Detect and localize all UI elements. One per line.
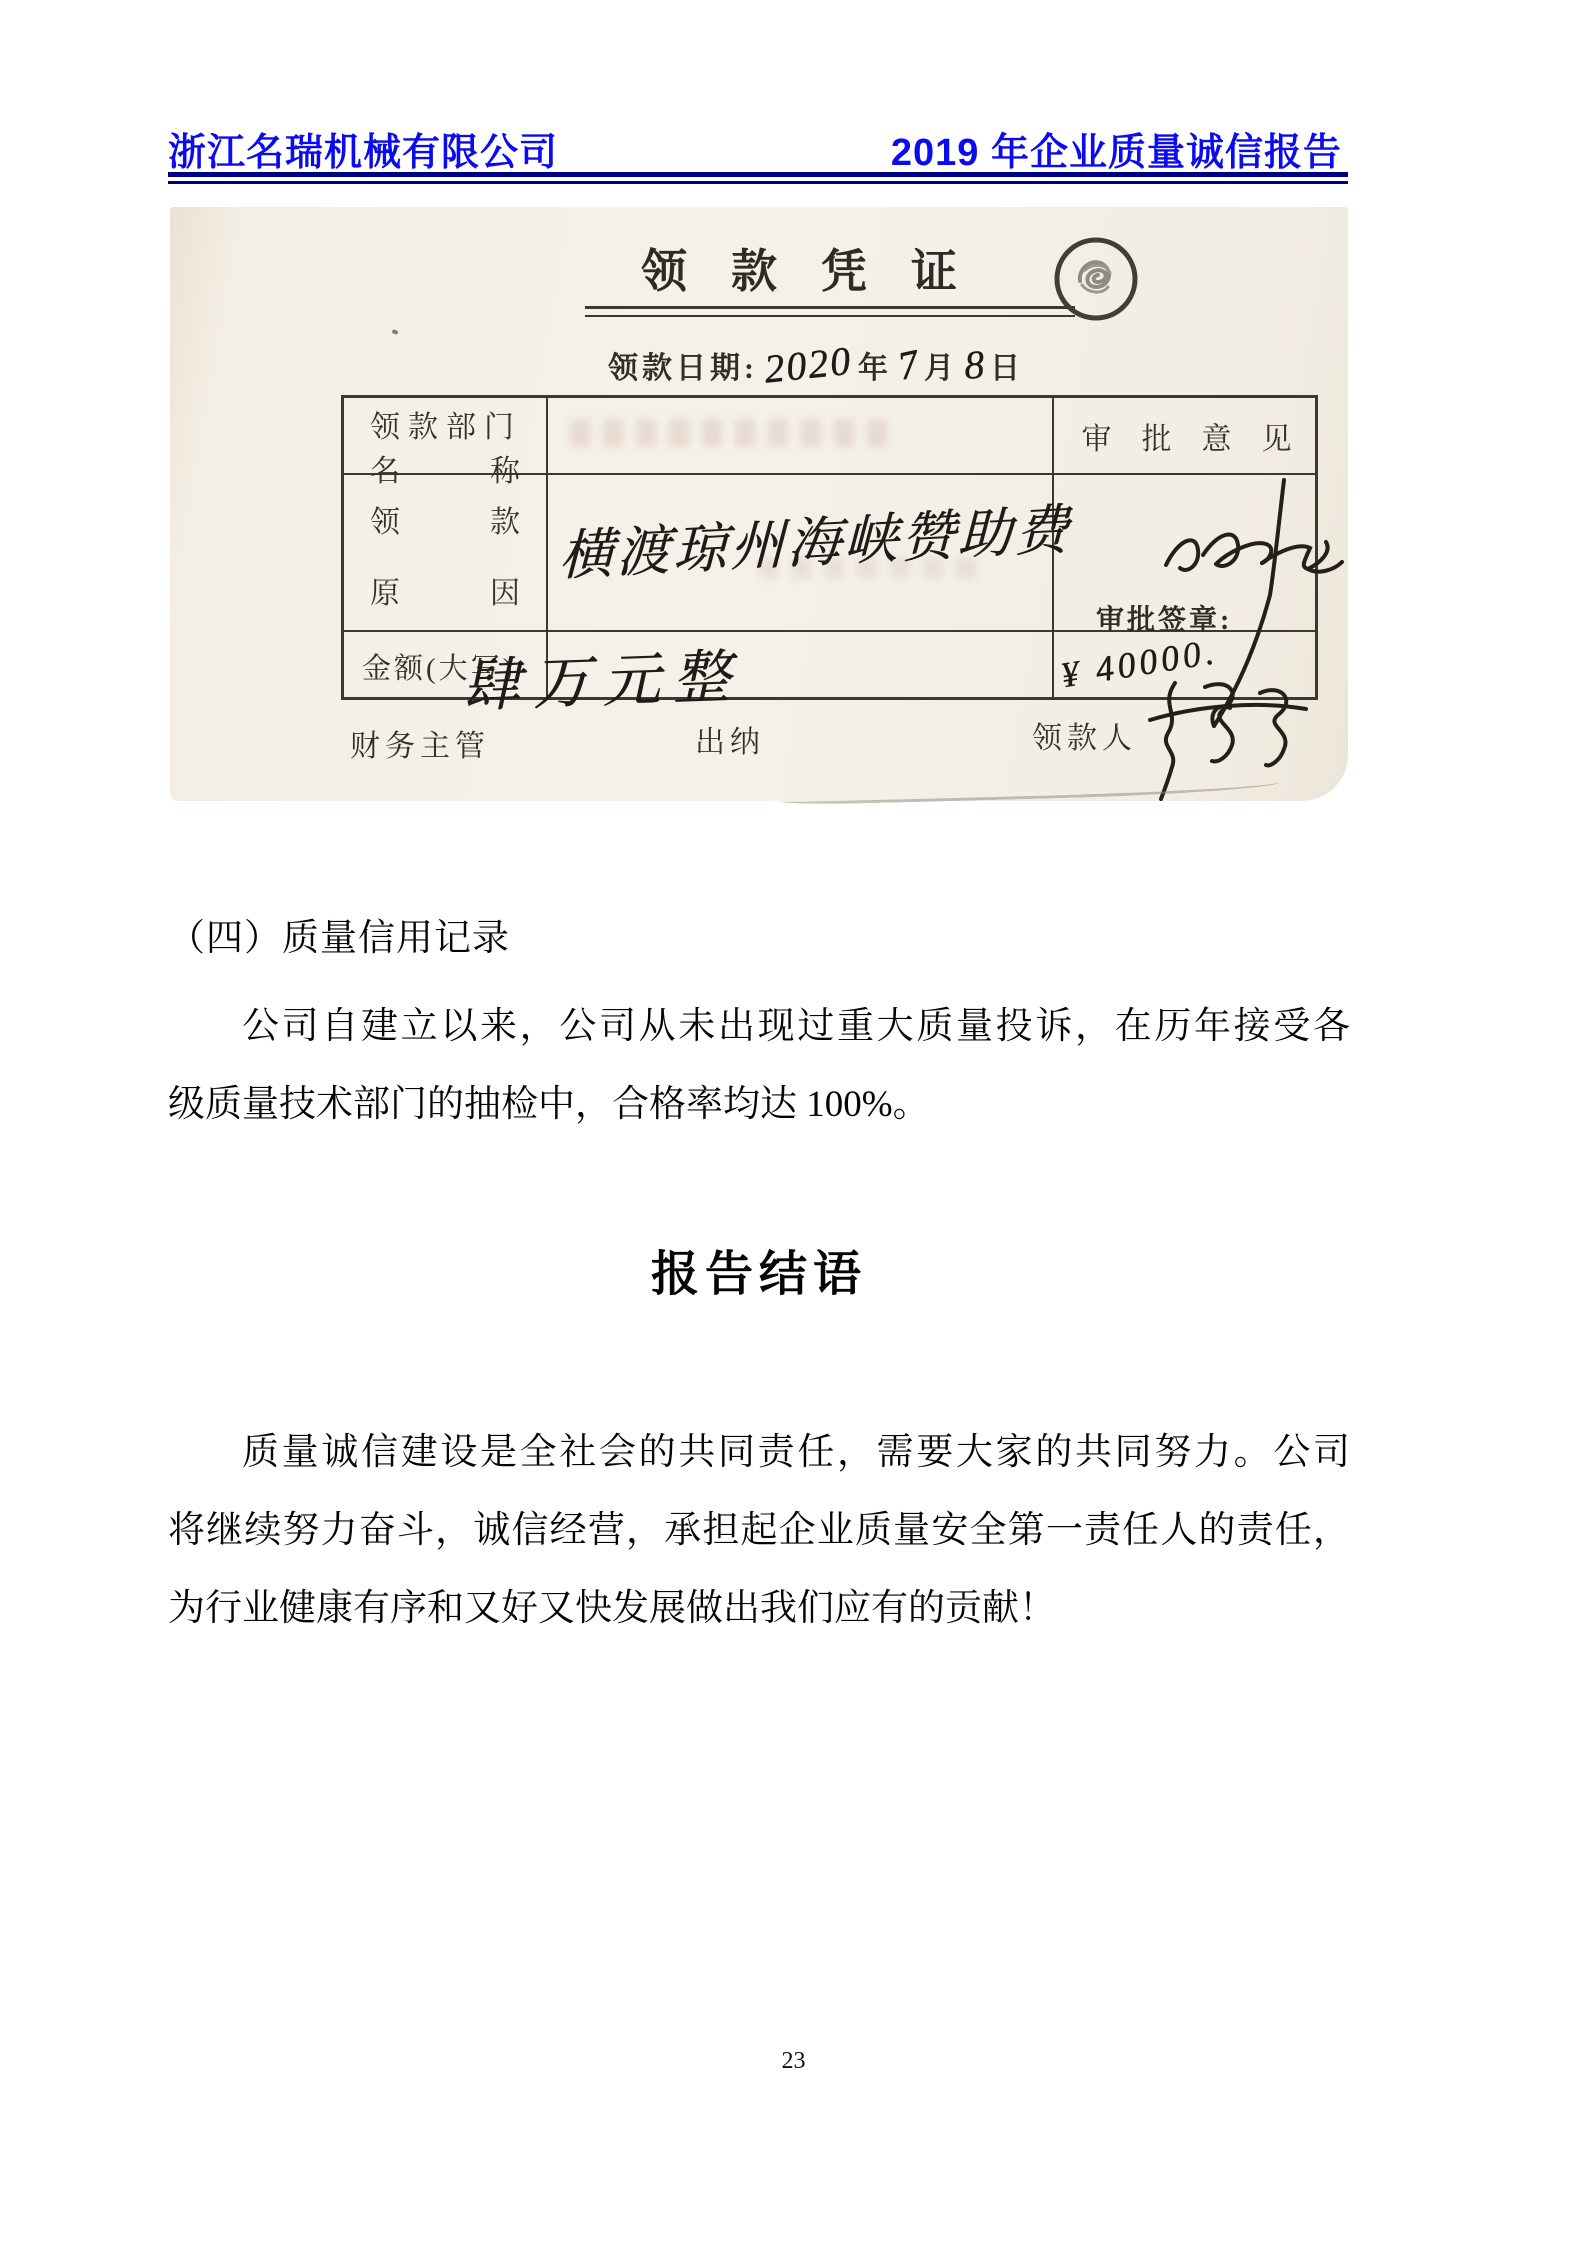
voucher-date-line: 领款日期: 2020 年 7 月 8 日 [608,341,1024,388]
claim-reason-label-cell: 领款 原因 [344,475,546,628]
header-company-name: 浙江名瑞机械有限公司 [168,121,558,176]
date-year-unit: 年 [858,343,892,387]
paragraph-line: 质量诚信建设是全社会的共同责任，需要大家的共同努力。公司 [168,1430,1350,1476]
date-day-unit: 日 [990,343,1024,387]
paragraph-line: 级质量技术部门的抽检中，合格率均达 100%。 [168,1082,1350,1128]
page-number: 23 [0,2048,1587,2075]
approval-header-label: 审批意见 [1082,414,1322,458]
document-page: 浙江名瑞机械有限公司 2019 年企业质量诚信报告 领款凭证 领款日期: 202… [0,0,1587,2245]
round-stamp-icon [1050,233,1142,325]
header-double-rule [168,172,1348,184]
section-heading: （四）质量信用记录 [168,916,1350,962]
paragraph-line: 公司自建立以来，公司从未出现过重大质量投诉，在历年接受各 [168,1004,1350,1050]
dept-name-label-cell: 领款部门 名称 [344,398,546,473]
header-report-title: 2019 年企业质量诚信报告 [891,121,1342,176]
amount-words-handwritten: 肆万元整 [461,629,744,723]
payee-label: 领款人 [1032,713,1137,757]
date-year-handwritten: 2020 [762,337,854,393]
date-month-unit: 月 [924,343,958,387]
date-month-handwritten: 7 [893,339,922,389]
voucher-title-underline [585,306,1075,317]
voucher-title: 领款凭证 [232,235,1410,301]
date-day-handwritten: 8 [962,340,985,388]
cashier-label: 出纳 [695,717,765,761]
voucher-photo: 领款凭证 领款日期: 2020 年 7 月 8 日 领款部门 名称 [170,207,1348,801]
conclusion-title: 报告结语 [168,1245,1350,1305]
paragraph-line: 为行业健康有序和又好又快发展做出我们应有的贡献！ [168,1586,1350,1632]
approval-opinion-header-cell: 审批意见 [1052,398,1321,473]
dept-label-top: 领款部门 [370,402,530,446]
finance-manager-label: 财务主管 [350,721,490,765]
date-label: 领款日期: [608,343,758,387]
claim-reason-handwritten: 横渡琼州海峡赞助费 [559,486,1073,590]
paragraph-line: 将继续努力奋斗，诚信经营，承担起企业质量安全第一责任人的责任， [168,1508,1350,1554]
paper-speck [391,329,398,335]
